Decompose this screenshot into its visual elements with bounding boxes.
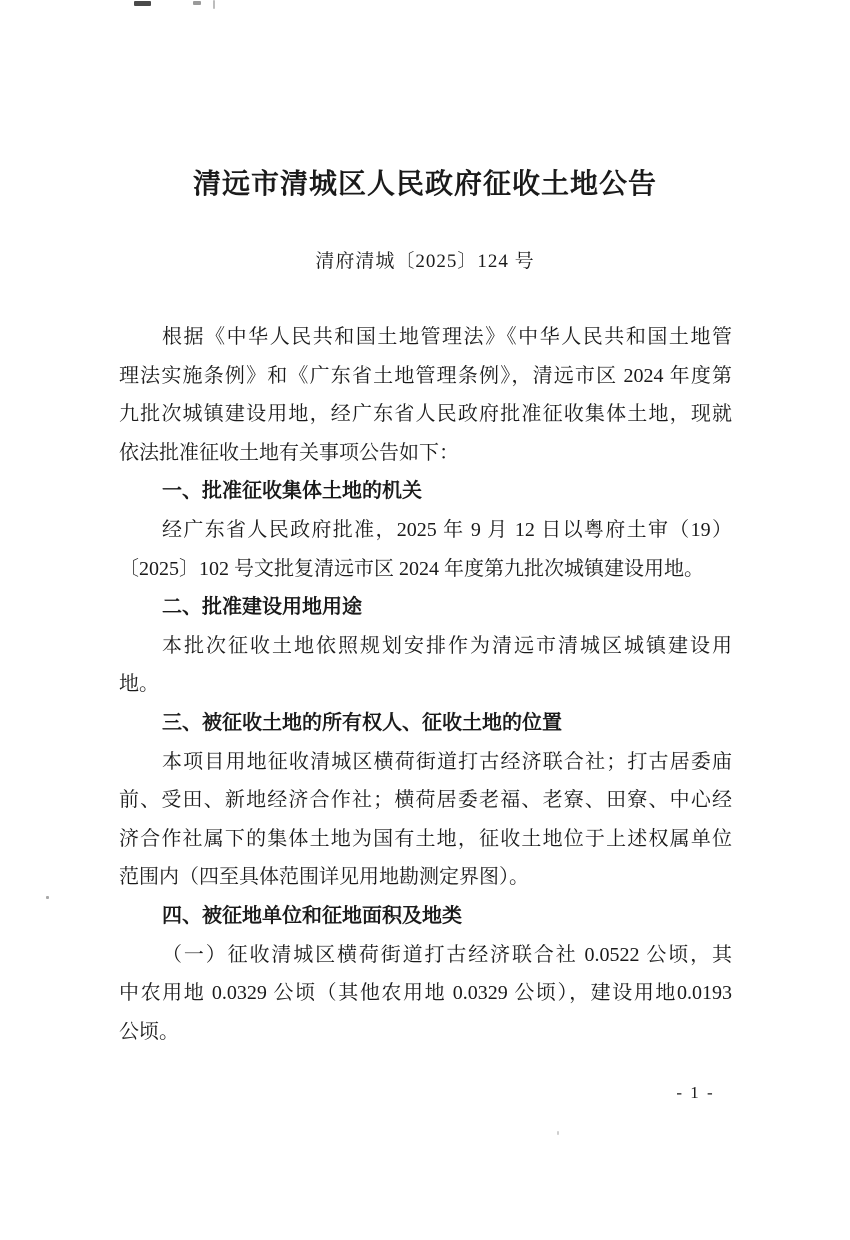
scan-artifact (46, 896, 49, 899)
document-line: 〔2025〕102 号文批复清远市区 2024 年度第九批次城镇建设用地。 (119, 550, 732, 589)
document-line: 地。 (119, 665, 732, 704)
scan-artifact (213, 0, 215, 9)
document-line: 前、受田、新地经济合作社；横荷居委老福、老寮、田寮、中心经 (119, 781, 732, 820)
document-line: 九批次城镇建设用地，经广东省人民政府批准征收集体土地，现就 (119, 395, 732, 434)
document-title: 清远市清城区人民政府征收土地公告 (0, 162, 850, 202)
scan-artifact (134, 1, 151, 6)
document-line: 依法批准征收土地有关事项公告如下： (119, 434, 732, 473)
document-number: 清府清城〔2025〕124 号 (0, 246, 850, 273)
document-line: 本项目用地征收清城区横荷街道打古经济联合社；打古居委庙 (119, 743, 732, 782)
document-body: 根据《中华人民共和国土地管理法》《中华人民共和国土地管理法实施条例》和《广东省土… (119, 318, 732, 1051)
document-line: 范围内（四至具体范围详见用地勘测定界图）。 (119, 858, 732, 897)
document-line: 本批次征收土地依照规划安排作为清远市清城区城镇建设用 (119, 627, 732, 666)
section-heading: 三、被征收土地的所有权人、征收土地的位置 (119, 704, 732, 743)
document-line: （一）征收清城区横荷街道打古经济联合社 0.0522 公顷，其 (119, 936, 732, 975)
document-line: 中农用地 0.0329 公顷（其他农用地 0.0329 公顷），建设用地0.01… (119, 974, 732, 1013)
document-line: 理法实施条例》和《广东省土地管理条例》，清远市区 2024 年度第 (119, 357, 732, 396)
document-line: 经广东省人民政府批准，2025 年 9 月 12 日以粤府土审（19） (119, 511, 732, 550)
section-heading: 二、批准建设用地用途 (119, 588, 732, 627)
section-heading: 四、被征地单位和征地面积及地类 (119, 897, 732, 936)
document-line: 公顷。 (119, 1013, 732, 1052)
document-page: 清远市清城区人民政府征收土地公告 清府清城〔2025〕124 号 根据《中华人民… (0, 0, 850, 1240)
scan-artifact (193, 1, 201, 5)
section-heading: 一、批准征收集体土地的机关 (119, 472, 732, 511)
document-line: 济合作社属下的集体土地为国有土地，征收土地位于上述权属单位 (119, 820, 732, 859)
page-number: - 1 - (638, 1083, 753, 1103)
document-line: 根据《中华人民共和国土地管理法》《中华人民共和国土地管 (119, 318, 732, 357)
scan-artifact (557, 1131, 559, 1135)
